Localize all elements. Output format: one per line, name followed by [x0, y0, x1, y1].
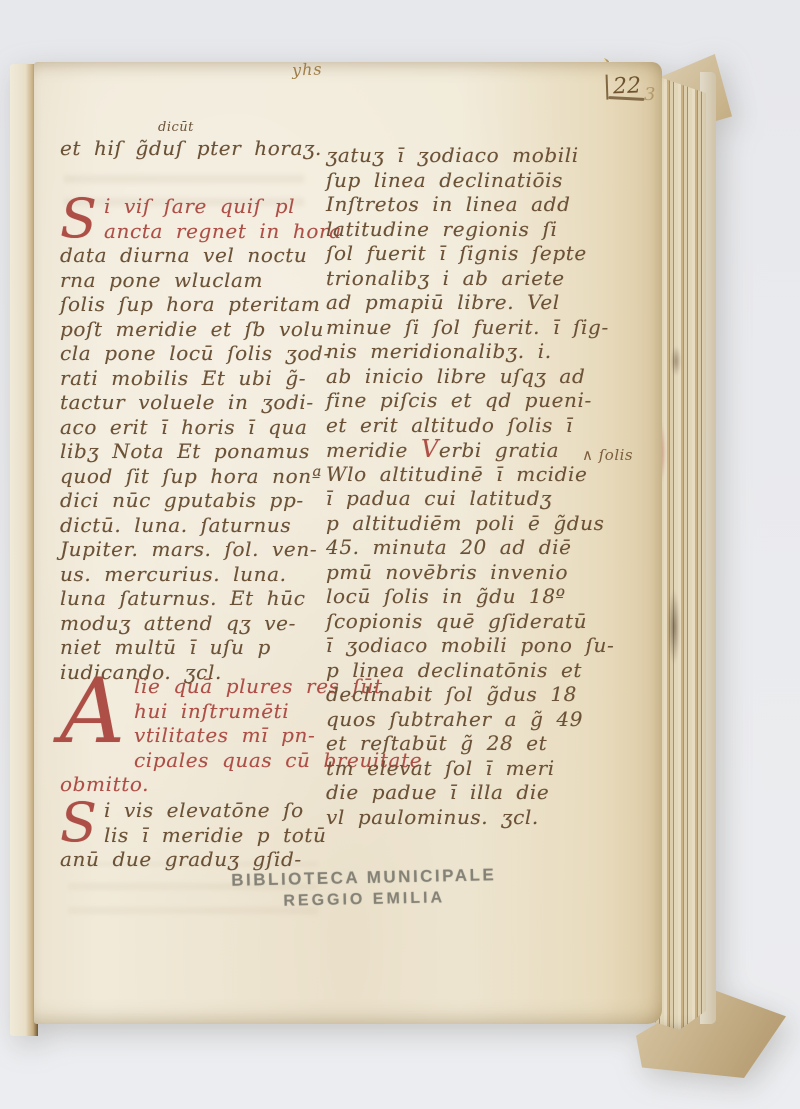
manuscript-line: rna pone wluclam [60, 268, 334, 293]
body-lines: data diurna vel nocturna pone wluclamſol… [60, 243, 334, 684]
manuscript-line: ſup linea declinatiōis [326, 168, 622, 193]
manuscript-line: p linea declinatōnis et [326, 658, 622, 683]
folio-underline-flourish [608, 96, 644, 100]
manuscript-line: tm elevat ſol ī meri [326, 756, 622, 781]
manuscript-line: latitudine regionis ſi [326, 217, 622, 242]
manuscript-line: dici nūc gputabis pp- [60, 488, 334, 513]
library-stamp: BIBLIOTECA MUNICIPALE REGGIO EMILIA [202, 865, 527, 913]
manuscript-line: aco erit ī horis ī qua [60, 415, 334, 440]
body-lines: ʒatuʒ ī ʒodiaco mobiliſup linea declinat… [326, 143, 622, 437]
manuscript-line: ab inicio libre uſqʒ ad [326, 364, 622, 389]
manuscript-line-rubric: i viſ ſare quiſ pl [60, 194, 334, 219]
verbi-post: erbi gratia [439, 438, 559, 462]
manuscript-line-rubric: ancta regnet in hora [60, 219, 334, 244]
manuscript-line: us. mercurius. luna. [60, 562, 334, 587]
lombard-initial-s: S [60, 196, 97, 243]
manuscript-page-recto: yhs 22 3 dicūt et hiſ g̃duſ pter horaʒ. … [34, 62, 662, 1024]
manuscript-line: fine piſcis et qd pueni- [326, 388, 622, 413]
manuscript-line: poſt meridie et ſb volu [60, 317, 334, 342]
manuscript-line: trionalibʒ i ab ariete [326, 266, 622, 291]
fore-edge-smudge-dark [668, 590, 680, 664]
manuscript-line: declinabit ſol g̃dus 18 [326, 682, 622, 707]
margin-note-solis: ∧ ſolis [582, 446, 633, 464]
manuscript-line: luna ſaturnus. Et hūc [60, 586, 334, 611]
manuscript-line: nis meridionalibʒ. i. [326, 339, 622, 364]
manuscript-photo-background: yhs 22 3 dicūt et hiſ g̃duſ pter horaʒ. … [0, 0, 800, 1109]
manuscript-line: dictū. luna. ſaturnus [60, 513, 334, 538]
verbi-gratia-line: meridie Verbi gratia [326, 437, 622, 462]
manuscript-line: tactur voluele in ʒodi- [60, 390, 334, 415]
lombard-initial-a: A [60, 677, 125, 749]
manuscript-line: quod ſit ſup hora nonª [60, 464, 334, 489]
manuscript-line: anū due graduʒ gſid- [60, 847, 334, 872]
manuscript-line: Inſtretos in linea add [326, 192, 622, 217]
manuscript-line: Wlo altitudinē ī mcidie [326, 462, 622, 487]
manuscript-line: pmū novēbris invenio [326, 560, 622, 585]
red-touched-initial: V [421, 435, 439, 463]
manuscript-line: niet multū ī uſu p [60, 635, 334, 660]
manuscript-line: minue ſi ſol fuerit. ī ſig- [326, 315, 622, 340]
manuscript-line: locū ſolis in g̃du 18º [326, 584, 622, 609]
folio-number-group: 22 [606, 73, 645, 100]
manuscript-line: rati mobilis Et ubi g̃- [60, 366, 334, 391]
manuscript-line: ſolis ſup hora pteritam [60, 292, 334, 317]
manuscript-line-rubric: obmitto. [60, 772, 334, 797]
manuscript-line: die padue ī illa die [326, 780, 622, 805]
paragraph-si-vis-scire: S i viſ ſare quiſ plancta regnet in hora… [60, 194, 334, 684]
manuscript-line: i vis elevatōne ſo [60, 798, 334, 823]
manuscript-line: ī padua cui latitudʒ [326, 486, 622, 511]
verbi-pre: meridie [326, 438, 421, 462]
manuscript-line: cla pone locū ſolis ʒod- [60, 341, 334, 366]
manuscript-line: libʒ Nota Et ponamus [60, 439, 334, 464]
manuscript-line: p altitudiēm poli ē g̃dus [326, 511, 622, 536]
fore-edge-smudge-dark-2 [671, 346, 681, 376]
interlinear-gloss: dicūt [158, 120, 194, 135]
heading-line-group: dicūt et hiſ g̃duſ pter horaʒ. [60, 136, 334, 161]
manuscript-line: lis ī meridie p totū [60, 823, 334, 848]
folio-ghost-number: 3 [644, 84, 655, 105]
heading-line: et hiſ g̃duſ pter horaʒ. [60, 136, 334, 161]
manuscript-line: vl paulominus. ʒcl. [326, 805, 622, 830]
manuscript-line: ī ʒodiaco mobili pono ſu- [326, 633, 622, 658]
manuscript-line: 45. minuta 20 ad diē [326, 535, 622, 560]
manuscript-line: ad pmapiū libre. Vel [326, 290, 622, 315]
manuscript-line: ſol fuerit ī ſignis ſepte [326, 241, 622, 266]
lombard-initial-s-2: S [60, 800, 97, 847]
manuscript-line: ſcopionis quē gſideratū [326, 609, 622, 634]
rubric-lines: i viſ ſare quiſ plancta regnet in hora [60, 194, 334, 243]
body-lines: Wlo altitudinē ī mcidieī padua cui latit… [326, 462, 622, 830]
manuscript-line: et reſtabūt g̃ 28 et [326, 731, 622, 756]
manuscript-line: et erit altitudo ſolis ī [326, 413, 622, 438]
paragraph-alie-utilitates: A lie quā plures res ſūthui inſtrumētivt… [60, 674, 334, 797]
right-text-column: ʒatuʒ ī ʒodiaco mobiliſup linea declinat… [326, 143, 622, 829]
codex-book: yhs 22 3 dicūt et hiſ g̃duſ pter horaʒ. … [8, 54, 710, 1044]
manuscript-line: ʒatuʒ ī ʒodiaco mobili [326, 143, 622, 168]
body-lines: i vis elevatōne ſolis ī meridie p totūan… [60, 798, 334, 872]
invocation-mark: yhs [292, 59, 323, 79]
manuscript-line: moduʒ attend qʒ ve- [60, 611, 334, 636]
stamp-line-2: REGGIO EMILIA [202, 888, 526, 913]
manuscript-line: quos ſubtraher a g̃ 49 [326, 707, 622, 732]
manuscript-line: data diurna vel noctu [60, 243, 334, 268]
manuscript-line: Jupiter. mars. ſol. ven- [60, 537, 334, 562]
paragraph-si-vis-elevatione: S i vis elevatōne ſolis ī meridie p totū… [60, 798, 334, 872]
